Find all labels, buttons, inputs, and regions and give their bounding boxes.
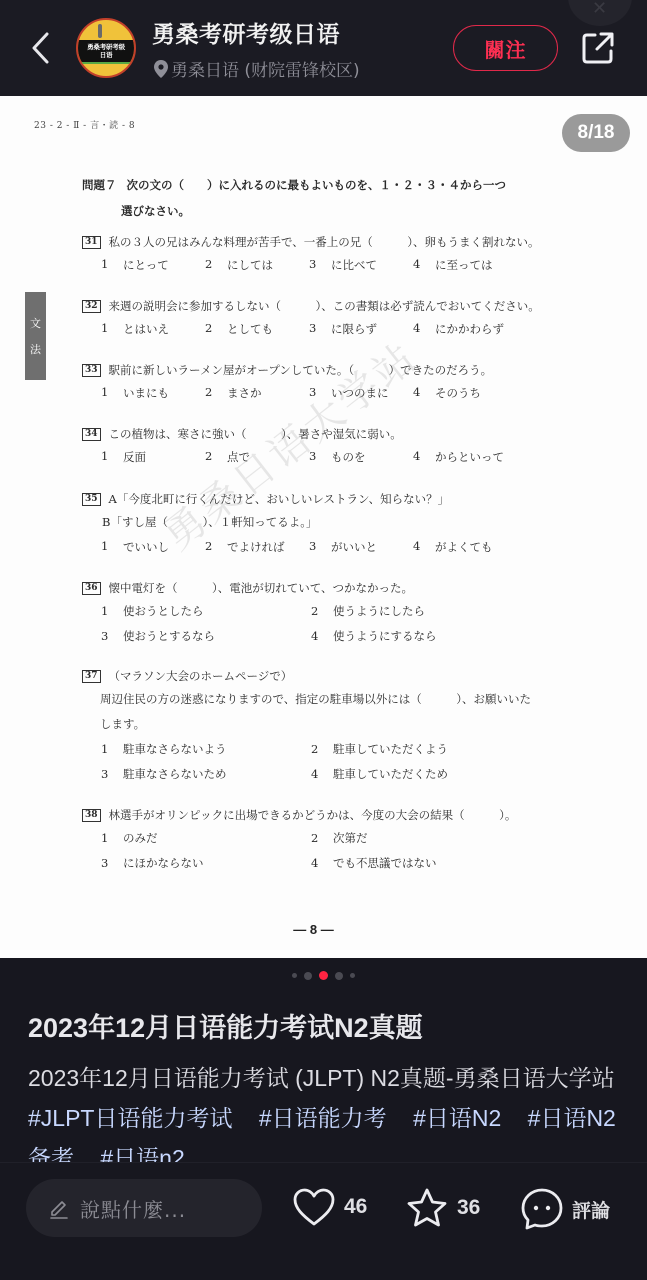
avatar-stripe bbox=[78, 62, 134, 64]
option: 2としても bbox=[205, 321, 309, 337]
option: 2駐車していただくよう bbox=[311, 736, 521, 761]
question-stem: 林選手がオリンピックに出場できるかどうかは、今度の大会の結果（ ）。 bbox=[109, 807, 517, 823]
option: 4がよくても bbox=[413, 539, 493, 555]
carousel-dot bbox=[335, 972, 343, 980]
option: 3使おうとするなら bbox=[101, 623, 311, 648]
option: 4にかかわらず bbox=[413, 321, 504, 337]
question-stem: A「今度北町に行くんだけど、おいしいレストラン、知らない？」 bbox=[109, 491, 450, 507]
close-icon: ✕ bbox=[592, 0, 607, 19]
comment-placeholder: 說點什麼... bbox=[80, 1194, 186, 1223]
mondai-label: 問題７ bbox=[82, 178, 117, 192]
option: 3がいいと bbox=[309, 539, 413, 555]
bottom-action-bar: 說點什麼... 46 36 評論 bbox=[0, 1162, 647, 1280]
exam-code: 23 - 2 - Ⅱ - 言・読 - 8 bbox=[34, 118, 135, 131]
option: 3にほかならない bbox=[101, 850, 311, 875]
hashtag[interactable]: #日语N2 bbox=[413, 1105, 501, 1131]
option: 2次第だ bbox=[311, 825, 521, 850]
question-37: 37（マラソン大会のホームページで） 周辺住民の方の迷惑になりますので、指定の駐… bbox=[82, 666, 531, 786]
option: 1使おうとしたら bbox=[101, 598, 311, 623]
carousel-dot bbox=[350, 973, 355, 978]
question-number: 32 bbox=[82, 300, 101, 313]
question-31: 31私の３人の兄はみんな料理が苦手で、一番上の兄（ ）、卵もうまく割れない。 1… bbox=[82, 232, 540, 277]
section-tab-grammar: 文 法 bbox=[25, 292, 46, 380]
question-stem-line: します。 bbox=[82, 711, 531, 736]
pencil-icon bbox=[48, 1197, 70, 1219]
comment-input[interactable]: 說點什麼... bbox=[26, 1179, 262, 1237]
option: 1駐車なさらないよう bbox=[101, 736, 311, 761]
carousel-dot-active bbox=[319, 971, 328, 980]
post-title: 2023年12月日语能力考试N2真题 bbox=[28, 1006, 423, 1045]
option: 1のみだ bbox=[101, 825, 311, 850]
side-tab-char: 文 bbox=[30, 315, 41, 331]
option: 1とはいえ bbox=[101, 321, 205, 337]
share-icon[interactable] bbox=[581, 31, 615, 65]
carousel-dot bbox=[292, 973, 297, 978]
instruction-line: 選びなさい。 bbox=[82, 198, 506, 224]
question-number: 37 bbox=[82, 670, 101, 683]
avatar-banner: 勇桑考研考级 日语 bbox=[76, 40, 136, 62]
option: 3駐車なさらないため bbox=[101, 761, 311, 786]
follow-button[interactable]: 關注 bbox=[453, 25, 558, 71]
question-number: 36 bbox=[82, 582, 101, 595]
back-button[interactable] bbox=[28, 30, 54, 66]
carousel-indicator bbox=[0, 971, 647, 980]
collect-count: 36 bbox=[457, 1196, 480, 1220]
option: 2まさか bbox=[205, 385, 309, 401]
question-number: 35 bbox=[82, 493, 101, 506]
option: 4使うようにするなら bbox=[311, 623, 521, 648]
collect-button[interactable]: 36 bbox=[405, 1187, 480, 1229]
avatar-text: 勇桑考研考级 bbox=[87, 43, 125, 51]
avatar[interactable]: 勇桑考研考级 日语 bbox=[76, 18, 136, 78]
question-stem: 駅前に新しいラーメン屋がオープンしていた。（ ）できたのだろう。 bbox=[109, 362, 493, 378]
hashtag[interactable]: #日语n2 bbox=[100, 1145, 184, 1163]
comment-bubble-icon bbox=[520, 1187, 564, 1231]
post-description: 2023年12月日语能力考试 (JLPT) N2真题-勇桑日语大学站 #JLPT… bbox=[28, 1058, 628, 1163]
avatar-figure bbox=[98, 24, 102, 38]
option: 4からといって bbox=[413, 449, 504, 465]
option: 2にしては bbox=[205, 257, 309, 273]
hashtag[interactable]: #JLPT日语能力考试 bbox=[28, 1105, 232, 1131]
hashtag[interactable]: #日语能力考 bbox=[259, 1105, 387, 1131]
option: 1反面 bbox=[101, 449, 205, 465]
instruction: 問題７次の文の（ ）に入れるのに最もよいものを、１・２・３・４から一つ 選びなさ… bbox=[82, 172, 506, 224]
option: 4に至っては bbox=[413, 257, 493, 273]
star-icon bbox=[405, 1187, 449, 1229]
like-button[interactable]: 46 bbox=[292, 1187, 367, 1227]
question-stem: 懐中電灯を（ ）、電池が切れていて、つかなかった。 bbox=[109, 580, 414, 596]
page-number: — 8 — bbox=[0, 922, 627, 937]
close-button[interactable]: ✕ bbox=[568, 0, 632, 26]
location-pin-icon bbox=[154, 60, 168, 78]
option: 3に比べて bbox=[309, 257, 413, 273]
instruction-line: 次の文の（ ）に入れるのに最もよいものを、１・２・３・４から一つ bbox=[127, 178, 507, 192]
question-stem: 来週の説明会に参加するしない（ ）、この書類は必ず読んでおいてください。 bbox=[109, 298, 540, 314]
like-count: 46 bbox=[344, 1195, 367, 1219]
question-stem-line: B「すし屋（ ）、１軒知ってるよ。」 bbox=[82, 509, 493, 534]
question-number: 33 bbox=[82, 364, 101, 377]
comment-button[interactable]: 評論 bbox=[520, 1187, 610, 1231]
option: 1にとって bbox=[101, 257, 205, 273]
option: 4駐車していただくため bbox=[311, 761, 521, 786]
side-tab-char: 法 bbox=[30, 341, 41, 357]
description-text: 2023年12月日语能力考试 (JLPT) N2真题-勇桑日语大学站 bbox=[28, 1065, 615, 1091]
option: 4でも不思議ではない bbox=[311, 850, 521, 875]
top-header: ✕ 勇桑考研考级 日语 勇桑考研考级日语 勇桑日语 (财院雷锋校区) 關注 bbox=[0, 0, 647, 96]
carousel-dot bbox=[304, 972, 312, 980]
location-tag[interactable]: 勇桑日语 (财院雷锋校区) bbox=[154, 56, 360, 81]
question-stem: （マラソン大会のホームページで） bbox=[109, 668, 293, 684]
question-32: 32来週の説明会に参加するしない（ ）、この書類は必ず読んでおいてください。 1… bbox=[82, 296, 540, 341]
option: 1いまにも bbox=[101, 385, 205, 401]
question-number: 38 bbox=[82, 809, 101, 822]
user-name[interactable]: 勇桑考研考级日语 bbox=[152, 16, 340, 49]
question-35: 35A「今度北町に行くんだけど、おいしいレストラン、知らない？」 B「すし屋（ … bbox=[82, 489, 493, 559]
option: 4そのうち bbox=[413, 385, 481, 401]
heart-icon bbox=[292, 1187, 336, 1227]
comment-label: 評論 bbox=[572, 1196, 610, 1223]
location-text: 勇桑日语 (财院雷锋校区) bbox=[171, 56, 360, 81]
question-36: 36懐中電灯を（ ）、電池が切れていて、つかなかった。 1使おうとしたら 2使う… bbox=[82, 578, 521, 648]
option: 2でよければ bbox=[205, 539, 309, 555]
page-counter-badge: 8/18 bbox=[562, 114, 630, 152]
exam-page-image[interactable]: 23 - 2 - Ⅱ - 言・読 - 8 8/18 文 法 問題７次の文の（ ）… bbox=[0, 96, 647, 958]
option: 2使うようにしたら bbox=[311, 598, 521, 623]
question-stem: 私の３人の兄はみんな料理が苦手で、一番上の兄（ ）、卵もうまく割れない。 bbox=[109, 234, 540, 250]
question-number: 31 bbox=[82, 236, 101, 249]
avatar-text: 日语 bbox=[100, 51, 113, 59]
question-33: 33駅前に新しいラーメン屋がオープンしていた。（ ）できたのだろう。 1いまにも… bbox=[82, 360, 492, 405]
question-38: 38林選手がオリンピックに出場できるかどうかは、今度の大会の結果（ ）。 1のみ… bbox=[82, 805, 521, 875]
question-number: 34 bbox=[82, 428, 101, 441]
question-stem-line: 周辺住民の方の迷惑になりますので、指定の駐車場以外には（ ）、お願いいた bbox=[82, 686, 531, 711]
